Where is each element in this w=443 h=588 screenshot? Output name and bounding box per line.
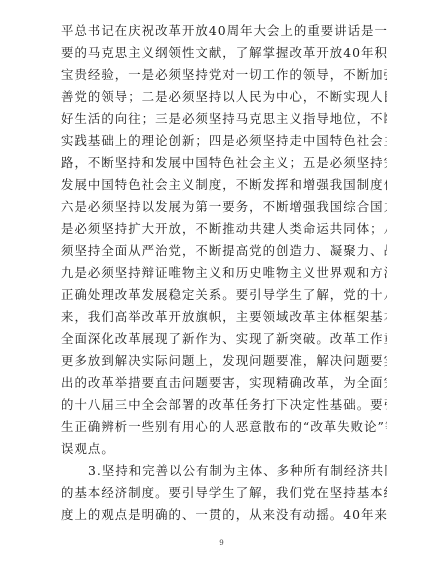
paragraph-end-line: 误观点。	[61, 441, 387, 463]
text-line: 生正确辨析一些别有用心的人恶意散布的“改革失败论”等错	[61, 419, 387, 441]
text-line: 是必须坚持扩大开放，不断推动共建人类命运共同体；八是必	[61, 221, 387, 243]
text-line: 路，不断坚持和发展中国特色社会主义；五是必须坚持完善和	[61, 155, 387, 177]
text-line: 的十八届三中全会部署的改革任务打下决定性基础。要引导学	[61, 397, 387, 419]
text-line: 度上的观点是明确的、一贯的，从来没有动摇。40年来我国	[61, 507, 387, 529]
text-line: 六是必须坚持以发展为第一要务，不断增强我国综合国力；七	[61, 199, 387, 221]
document-page: 平总书记在庆祝改革开放40周年大会上的重要讲话是一篇重 要的马克思主义纲领性文献…	[0, 0, 443, 588]
text-line: 须坚持全面从严治党，不断提高党的创造力、凝聚力、战斗力；	[61, 243, 387, 265]
text-line: 宝贵经验，一是必须坚持党对一切工作的领导，不断加强和改	[61, 67, 387, 89]
text-line: 实践基础上的理论创新；四是必须坚持走中国特色社会主义道	[61, 133, 387, 155]
text-line: 发展中国特色社会主义制度，不断发挥和增强我国制度优势；	[61, 177, 387, 199]
text-line: 更多放到解决实际问题上，发现问题要准，解决问题要实，提	[61, 353, 387, 375]
text-line: 来，我们高举改革开放旗帜，主要领域改革主体框架基本确立，	[61, 309, 387, 331]
text-line: 九是必须坚持辩证唯物主义和历史唯物主义世界观和方法论，	[61, 265, 387, 287]
text-line: 善党的领导；二是必须坚持以人民为中心，不断实现人民对美	[61, 89, 387, 111]
text-line: 的基本经济制度。要引导学生了解，我们党在坚持基本经济制	[61, 485, 387, 507]
page-number: 9	[0, 539, 443, 547]
text-line: 好生活的向往；三是必须坚持马克思主义指导地位，不断推进	[61, 111, 387, 133]
body-text: 平总书记在庆祝改革开放40周年大会上的重要讲话是一篇重 要的马克思主义纲领性文献…	[61, 23, 387, 529]
text-line: 全面深化改革展现了新作为、实现了新突破。改革工作重点要	[61, 331, 387, 353]
text-line: 出的改革举措要直击问题要害，实现精确改革，为全面完成党	[61, 375, 387, 397]
text-line: 平总书记在庆祝改革开放40周年大会上的重要讲话是一篇重	[61, 23, 387, 45]
section-heading-line: 3.坚持和完善以公有制为主体、多种所有制经济共同发展	[61, 463, 387, 485]
text-line: 正确处理改革发展稳定关系。要引导学生了解，党的十八大以	[61, 287, 387, 309]
text-line: 要的马克思主义纲领性文献，了解掌握改革开放40年积累的	[61, 45, 387, 67]
